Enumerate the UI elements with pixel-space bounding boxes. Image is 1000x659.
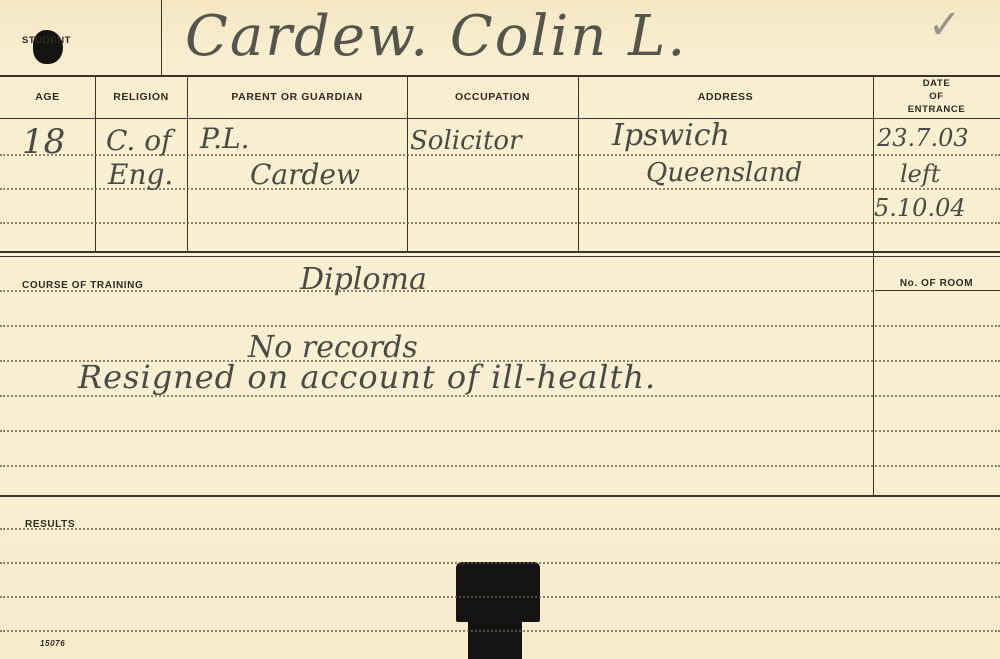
religion-value-line2: Eng. bbox=[108, 158, 173, 191]
training-rule bbox=[0, 465, 1000, 467]
column-header-parent: PARENT OR GUARDIAN bbox=[187, 91, 407, 104]
results-top-line bbox=[0, 495, 1000, 497]
student-name: Cardew. Colin L. bbox=[185, 4, 687, 69]
room-number-label: No. OF ROOM bbox=[873, 277, 1000, 290]
results-rule bbox=[0, 562, 1000, 564]
date-entrance-value: 23.7.03 bbox=[877, 124, 969, 152]
punch-hole-bottom bbox=[456, 562, 540, 622]
section-divider-bottom bbox=[0, 256, 1000, 257]
section-divider-top bbox=[0, 251, 1000, 253]
parent-value-line1: P.L. bbox=[200, 122, 250, 155]
student-record-card: STUDENT Cardew. Colin L. ✓ AGE RELIGION … bbox=[0, 0, 1000, 659]
punch-hole-bottom-stem bbox=[468, 615, 522, 659]
student-label: STUDENT bbox=[22, 34, 71, 47]
column-header-date: DATE OF ENTRANCE bbox=[873, 77, 1000, 116]
date-label-line2: OF bbox=[873, 90, 1000, 103]
parent-value-line2: Cardew bbox=[250, 158, 360, 191]
column-header-occupation: OCCUPATION bbox=[407, 91, 578, 104]
date-label-line1: DATE bbox=[873, 77, 1000, 90]
date-left-value: 5.10.04 bbox=[874, 194, 966, 222]
column-header-age: AGE bbox=[0, 91, 95, 104]
training-rule bbox=[0, 290, 873, 292]
column-header-address: ADDRESS bbox=[578, 91, 873, 104]
occupation-value: Solicitor bbox=[410, 126, 522, 156]
check-mark: ✓ bbox=[928, 2, 962, 48]
header-top-line bbox=[0, 75, 1000, 77]
room-label-underline bbox=[875, 290, 1000, 291]
religion-value-line1: C. of bbox=[106, 124, 171, 157]
student-divider bbox=[161, 0, 162, 75]
results-rule bbox=[0, 630, 1000, 632]
row-rule bbox=[0, 222, 1000, 224]
training-note-resigned: Resigned on account of ill-health. bbox=[78, 358, 656, 396]
address-value-line1: Ipswich bbox=[612, 118, 730, 153]
date-label-line3: ENTRANCE bbox=[873, 103, 1000, 116]
address-value-line2: Queensland bbox=[646, 158, 802, 188]
date-left-label: left bbox=[900, 160, 940, 188]
form-number: 15076 bbox=[40, 637, 65, 650]
training-rule bbox=[0, 325, 1000, 327]
age-value: 18 bbox=[22, 122, 65, 162]
column-header-religion: RELIGION bbox=[95, 91, 187, 104]
results-rule bbox=[0, 528, 1000, 530]
training-rule bbox=[0, 430, 1000, 432]
results-rule bbox=[0, 596, 1000, 598]
column-header-line bbox=[0, 118, 1000, 119]
